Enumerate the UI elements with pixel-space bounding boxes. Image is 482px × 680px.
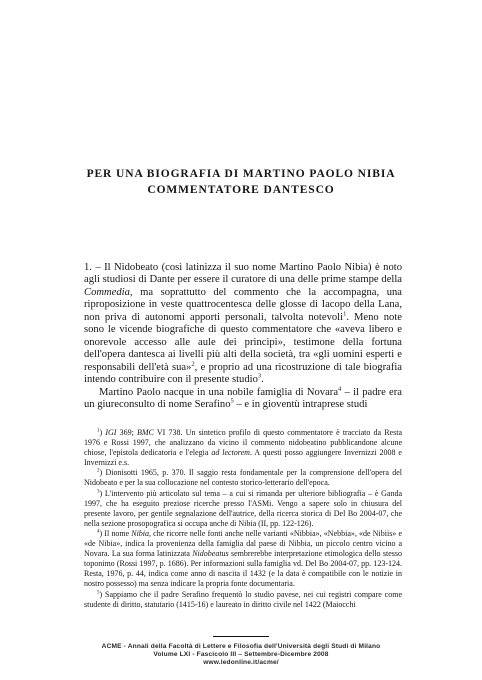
body-paragraph-1: 1. – Il Nidobeato (così latinizza il suo…: [84, 262, 402, 387]
journal-footer-line-2: Volume LXI - Fascicolo III – Settembre-D…: [0, 651, 482, 659]
footnote-3: 3) L'intervento più articolato sul tema …: [84, 489, 402, 529]
footnote-2: 2) Dionisotti 1965, p. 370. Il saggio re…: [84, 468, 402, 488]
article-title-line-1: PER UNA BIOGRAFIA DI MARTINO PAOLO NIBIA: [42, 166, 440, 182]
footnotes-block: 1) IGI 369; BMC VI 738. Un sintetico pro…: [84, 428, 402, 610]
article-title-line-2: COMMENTATORE DANTESCO: [42, 182, 440, 198]
journal-footer-url: www.ledonline.it/acme/: [0, 659, 482, 667]
body-paragraph-2: Martino Paolo nacque in una nobile famig…: [84, 387, 402, 412]
footnote-4: 4) Il nome Nibia, che ricorre nelle font…: [84, 529, 402, 590]
footnote-1: 1) IGI 369; BMC VI 738. Un sintetico pro…: [84, 428, 402, 468]
journal-footer-line-1: ACME - Annali della Facoltà di Lettere e…: [0, 643, 482, 651]
scanned-paper-page: PER UNA BIOGRAFIA DI MARTINO PAOLO NIBIA…: [0, 0, 482, 680]
footnote-5: 5) Sappiamo che il padre Serafino freque…: [84, 590, 402, 610]
article-body: 1. – Il Nidobeato (così latinizza il suo…: [84, 262, 402, 411]
footer-divider: [213, 636, 269, 637]
article-title: PER UNA BIOGRAFIA DI MARTINO PAOLO NIBIA…: [42, 166, 440, 198]
journal-footer: ACME - Annali della Facoltà di Lettere e…: [0, 643, 482, 668]
